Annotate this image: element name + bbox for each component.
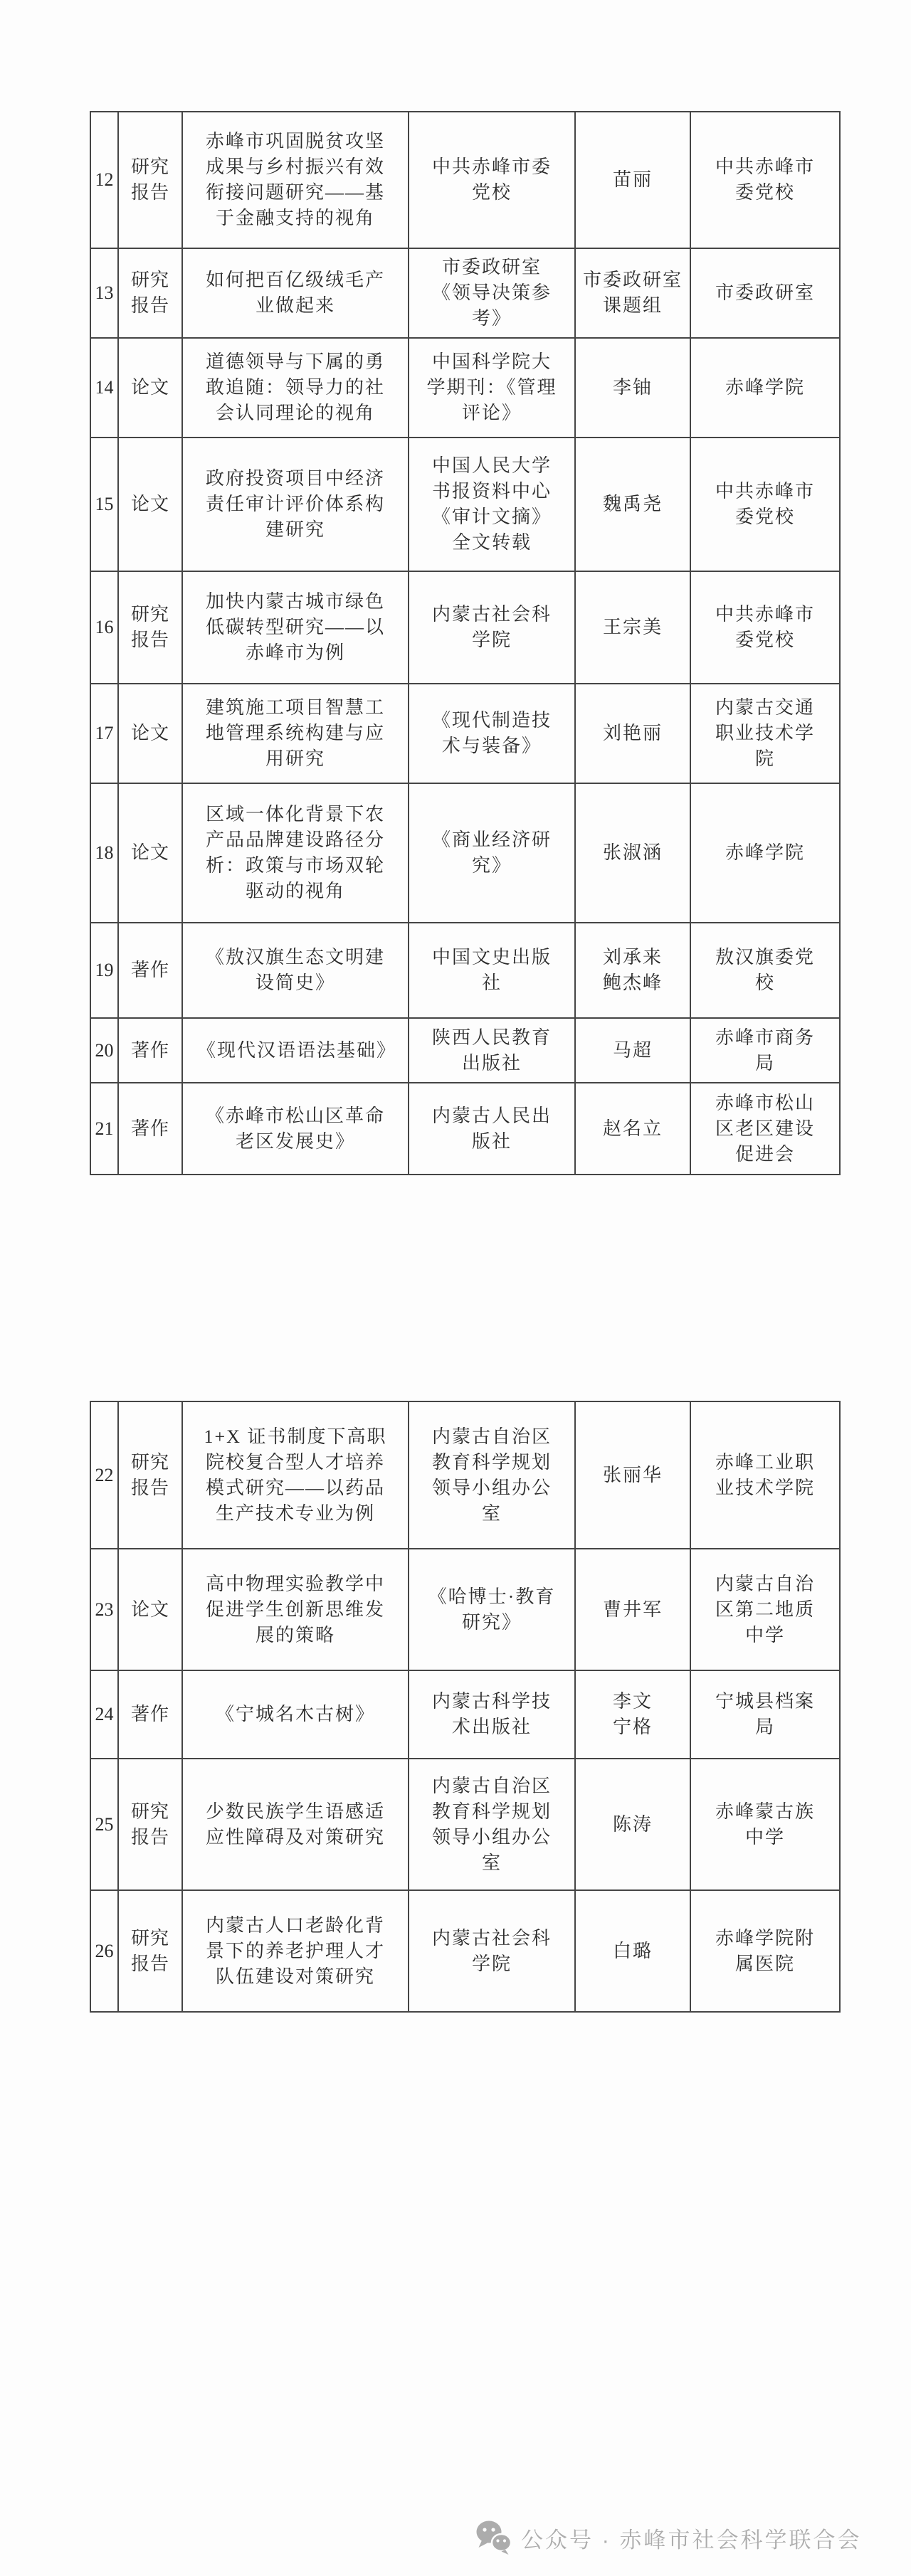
cell-number: 15 (90, 438, 118, 571)
cell-organization: 市委政研室 (690, 248, 840, 338)
cell-title: 《宁城名木古树》 (182, 1670, 409, 1759)
cell-number: 24 (90, 1670, 118, 1759)
cell-publisher: 中共赤峰市委党校 (409, 112, 575, 248)
cell-author: 市委政研室课题组 (575, 248, 690, 338)
cell-number: 18 (90, 783, 118, 923)
cell-type: 研究 报告 (118, 112, 182, 248)
cell-author: 马超 (575, 1018, 690, 1083)
cell-title: 赤峰市巩固脱贫攻坚成果与乡村振兴有效衔接问题研究——基于金融支持的视角 (182, 112, 409, 248)
cell-publisher: 中国人民大学书报资料中心《审计文摘》全文转载 (409, 438, 575, 571)
cell-number: 19 (90, 923, 118, 1018)
table-row: 16研究 报告加快内蒙古城市绿色低碳转型研究——以赤峰市为例内蒙古社会科学院王宗… (90, 571, 840, 684)
cell-organization: 赤峰学院附属医院 (690, 1890, 840, 2012)
awards-table-rows-22-26: 22研究 报告1+X 证书制度下高职院校复合型人才培养模式研究——以药品生产技术… (90, 1401, 839, 2013)
table-row: 23论文高中物理实验教学中促进学生创新思维发展的策略《哈博士·教育研究》曹井军内… (90, 1549, 840, 1670)
cell-number: 12 (90, 112, 118, 248)
cell-organization: 中共赤峰市委党校 (690, 438, 840, 571)
table-row: 20著作《现代汉语语法基础》陕西人民教育出版社马超赤峰市商务局 (90, 1018, 840, 1083)
table-row: 26研究 报告内蒙古人口老龄化背景下的养老护理人才队伍建设对策研究内蒙古社会科学… (90, 1890, 840, 2012)
cell-author: 刘艳丽 (575, 684, 690, 783)
table-row: 13研究 报告如何把百亿级绒毛产业做起来市委政研室《领导决策参考》市委政研室课题… (90, 248, 840, 338)
cell-type: 著作 (118, 923, 182, 1018)
watermark-text: 公众号 · 赤峰市社会科学联合会 (521, 2522, 862, 2554)
cell-author: 白璐 (575, 1890, 690, 2012)
cell-type: 著作 (118, 1018, 182, 1083)
cell-publisher: 内蒙古人民出版社 (409, 1083, 575, 1175)
cell-organization: 中共赤峰市委党校 (690, 112, 840, 248)
cell-author: 苗丽 (575, 112, 690, 248)
cell-organization: 中共赤峰市委党校 (690, 571, 840, 684)
cell-title: 高中物理实验教学中促进学生创新思维发展的策略 (182, 1549, 409, 1670)
cell-organization: 赤峰学院 (690, 783, 840, 923)
cell-number: 13 (90, 248, 118, 338)
cell-publisher: 内蒙古社会科学院 (409, 571, 575, 684)
cell-title: 如何把百亿级绒毛产业做起来 (182, 248, 409, 338)
cell-organization: 赤峰市松山区老区建设促进会 (690, 1083, 840, 1175)
cell-author: 赵名立 (575, 1083, 690, 1175)
awards-table: 22研究 报告1+X 证书制度下高职院校复合型人才培养模式研究——以药品生产技术… (90, 1401, 841, 2013)
cell-type: 论文 (118, 1549, 182, 1670)
cell-title: 1+X 证书制度下高职院校复合型人才培养模式研究——以药品生产技术专业为例 (182, 1401, 409, 1549)
cell-publisher: 陕西人民教育出版社 (409, 1018, 575, 1083)
table-row: 12研究 报告赤峰市巩固脱贫攻坚成果与乡村振兴有效衔接问题研究——基于金融支持的… (90, 112, 840, 248)
table-row: 25研究 报告少数民族学生语感适应性障碍及对策研究内蒙古自治区教育科学规划领导小… (90, 1759, 840, 1890)
table-row: 21著作《赤峰市松山区革命老区发展史》内蒙古人民出版社赵名立赤峰市松山区老区建设… (90, 1083, 840, 1175)
cell-author: 刘承来 鲍杰峰 (575, 923, 690, 1018)
cell-author: 陈涛 (575, 1759, 690, 1890)
cell-organization: 赤峰蒙古族中学 (690, 1759, 840, 1890)
watermark: 公众号 · 赤峰市社会科学联合会 (475, 2520, 862, 2555)
cell-number: 16 (90, 571, 118, 684)
cell-type: 论文 (118, 438, 182, 571)
cell-title: 道德领导与下属的勇敢追随：领导力的社会认同理论的视角 (182, 338, 409, 438)
cell-title: 内蒙古人口老龄化背景下的养老护理人才队伍建设对策研究 (182, 1890, 409, 2012)
cell-title: 《现代汉语语法基础》 (182, 1018, 409, 1083)
cell-type: 著作 (118, 1083, 182, 1175)
cell-type: 研究 报告 (118, 1759, 182, 1890)
cell-number: 20 (90, 1018, 118, 1083)
cell-author: 魏禹尧 (575, 438, 690, 571)
cell-number: 14 (90, 338, 118, 438)
awards-table: 12研究 报告赤峰市巩固脱贫攻坚成果与乡村振兴有效衔接问题研究——基于金融支持的… (90, 111, 841, 1175)
cell-title: 政府投资项目中经济责任审计评价体系构建研究 (182, 438, 409, 571)
cell-title: 少数民族学生语感适应性障碍及对策研究 (182, 1759, 409, 1890)
cell-publisher: 市委政研室《领导决策参考》 (409, 248, 575, 338)
cell-publisher: 内蒙古社会科学院 (409, 1890, 575, 2012)
cell-author: 李文 宁格 (575, 1670, 690, 1759)
cell-organization: 宁城县档案局 (690, 1670, 840, 1759)
cell-type: 论文 (118, 338, 182, 438)
cell-number: 25 (90, 1759, 118, 1890)
cell-type: 论文 (118, 783, 182, 923)
table-row: 22研究 报告1+X 证书制度下高职院校复合型人才培养模式研究——以药品生产技术… (90, 1401, 840, 1549)
table-row: 19著作《敖汉旗生态文明建设简史》中国文史出版社刘承来 鲍杰峰敖汉旗委党校 (90, 923, 840, 1018)
cell-publisher: 《商业经济研究》 (409, 783, 575, 923)
cell-type: 著作 (118, 1670, 182, 1759)
cell-title: 《敖汉旗生态文明建设简史》 (182, 923, 409, 1018)
table-row: 15论文政府投资项目中经济责任审计评价体系构建研究中国人民大学书报资料中心《审计… (90, 438, 840, 571)
cell-title: 建筑施工项目智慧工地管理系统构建与应用研究 (182, 684, 409, 783)
cell-number: 26 (90, 1890, 118, 2012)
scanned-document-page: 12研究 报告赤峰市巩固脱贫攻坚成果与乡村振兴有效衔接问题研究——基于金融支持的… (0, 0, 911, 2576)
cell-type: 论文 (118, 684, 182, 783)
awards-table-rows-12-21: 12研究 报告赤峰市巩固脱贫攻坚成果与乡村振兴有效衔接问题研究——基于金融支持的… (90, 111, 839, 1175)
cell-type: 研究 报告 (118, 1890, 182, 2012)
cell-author: 张淑涵 (575, 783, 690, 923)
cell-publisher: 《现代制造技术与装备》 (409, 684, 575, 783)
cell-title: 区域一体化背景下农产品品牌建设路径分析：政策与市场双轮驱动的视角 (182, 783, 409, 923)
wechat-icon (475, 2520, 512, 2555)
cell-organization: 内蒙古交通职业技术学院 (690, 684, 840, 783)
table-row: 14论文道德领导与下属的勇敢追随：领导力的社会认同理论的视角中国科学院大学期刊：… (90, 338, 840, 438)
cell-number: 21 (90, 1083, 118, 1175)
table-row: 18论文区域一体化背景下农产品品牌建设路径分析：政策与市场双轮驱动的视角《商业经… (90, 783, 840, 923)
cell-number: 23 (90, 1549, 118, 1670)
cell-author: 张丽华 (575, 1401, 690, 1549)
cell-author: 曹井军 (575, 1549, 690, 1670)
cell-organization: 敖汉旗委党校 (690, 923, 840, 1018)
cell-publisher: 内蒙古自治区教育科学规划领导小组办公室 (409, 1759, 575, 1890)
cell-type: 研究 报告 (118, 571, 182, 684)
cell-organization: 赤峰工业职业技术学院 (690, 1401, 840, 1549)
cell-type: 研究 报告 (118, 1401, 182, 1549)
cell-organization: 内蒙古自治区第二地质中学 (690, 1549, 840, 1670)
cell-author: 王宗美 (575, 571, 690, 684)
cell-publisher: 内蒙古科学技术出版社 (409, 1670, 575, 1759)
cell-author: 李铀 (575, 338, 690, 438)
cell-title: 加快内蒙古城市绿色低碳转型研究——以赤峰市为例 (182, 571, 409, 684)
cell-publisher: 中国文史出版社 (409, 923, 575, 1018)
cell-publisher: 中国科学院大学期刊：《管理评论》 (409, 338, 575, 438)
cell-title: 《赤峰市松山区革命老区发展史》 (182, 1083, 409, 1175)
cell-publisher: 内蒙古自治区教育科学规划领导小组办公室 (409, 1401, 575, 1549)
cell-organization: 赤峰学院 (690, 338, 840, 438)
cell-number: 22 (90, 1401, 118, 1549)
table-row: 24著作《宁城名木古树》内蒙古科学技术出版社李文 宁格宁城县档案局 (90, 1670, 840, 1759)
cell-publisher: 《哈博士·教育研究》 (409, 1549, 575, 1670)
cell-number: 17 (90, 684, 118, 783)
table-row: 17论文建筑施工项目智慧工地管理系统构建与应用研究《现代制造技术与装备》刘艳丽内… (90, 684, 840, 783)
cell-type: 研究 报告 (118, 248, 182, 338)
cell-organization: 赤峰市商务局 (690, 1018, 840, 1083)
